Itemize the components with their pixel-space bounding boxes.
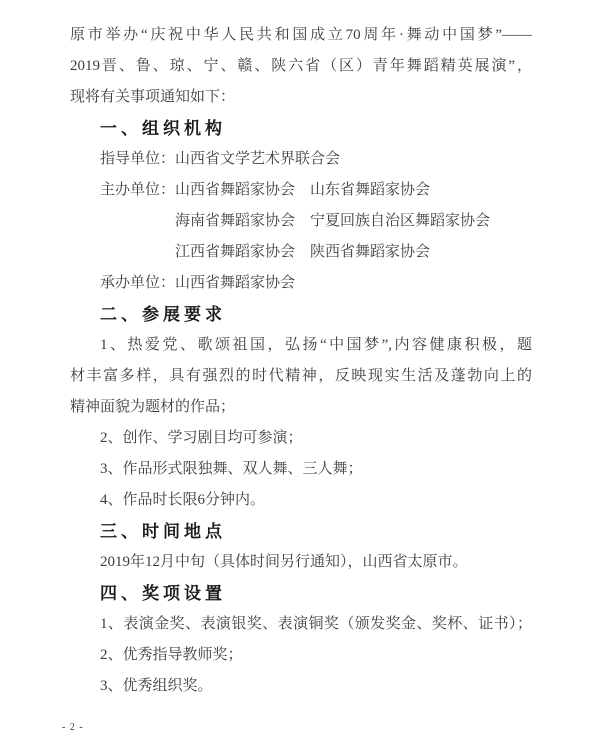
section-heading: 四、奖项设置 <box>70 578 532 609</box>
section-heading: 三、时间地点 <box>70 516 532 547</box>
doc-line: 2019年12月中旬（具体时间另行通知），山西省太原市。 <box>70 547 532 578</box>
doc-line: 现将有关事项通知如下： <box>70 82 532 113</box>
doc-line: 主办单位：山西省舞蹈家协会 山东省舞蹈家协会 <box>70 175 532 206</box>
doc-line: 3、优秀组织奖。 <box>70 671 532 702</box>
doc-line: 3、作品形式限独舞、双人舞、三人舞； <box>70 454 532 485</box>
page: { "page": { "background": "#ffffff", "fo… <box>0 0 591 743</box>
document-body: 原市举办“庆祝中华人民共和国成立70周年·舞动中国梦”——2019晋、鲁、琼、宁… <box>70 20 532 702</box>
doc-line: 1、热爱党、歌颂祖国，弘扬“中国梦”,内容健康积极，题 <box>70 330 532 361</box>
doc-line: 2、创作、学习剧目均可参演； <box>70 423 532 454</box>
doc-line: 承办单位：山西省舞蹈家协会 <box>70 268 532 299</box>
doc-line: 江西省舞蹈家协会 陕西省舞蹈家协会 <box>70 237 532 268</box>
doc-line: 海南省舞蹈家协会 宁夏回族自治区舞蹈家协会 <box>70 206 532 237</box>
page-number: - 2 - <box>62 721 84 735</box>
doc-line: 材丰富多样，具有强烈的时代精神，反映现实生活及蓬勃向上的 <box>70 361 532 392</box>
doc-line: 原市举办“庆祝中华人民共和国成立70周年·舞动中国梦”—— <box>70 20 532 51</box>
doc-line: 1、表演金奖、表演银奖、表演铜奖（颁发奖金、奖杯、证书）； <box>70 609 532 640</box>
doc-line: 4、作品时长限6分钟内。 <box>70 485 532 516</box>
doc-line: 2、优秀指导教师奖； <box>70 640 532 671</box>
doc-line: 指导单位：山西省文学艺术界联合会 <box>70 144 532 175</box>
section-heading: 一、组织机构 <box>70 113 532 144</box>
doc-line: 2019晋、鲁、琼、宁、赣、陕六省（区）青年舞蹈精英展演”， <box>70 51 532 82</box>
section-heading: 二、参展要求 <box>70 299 532 330</box>
doc-line: 精神面貌为题材的作品； <box>70 392 532 423</box>
